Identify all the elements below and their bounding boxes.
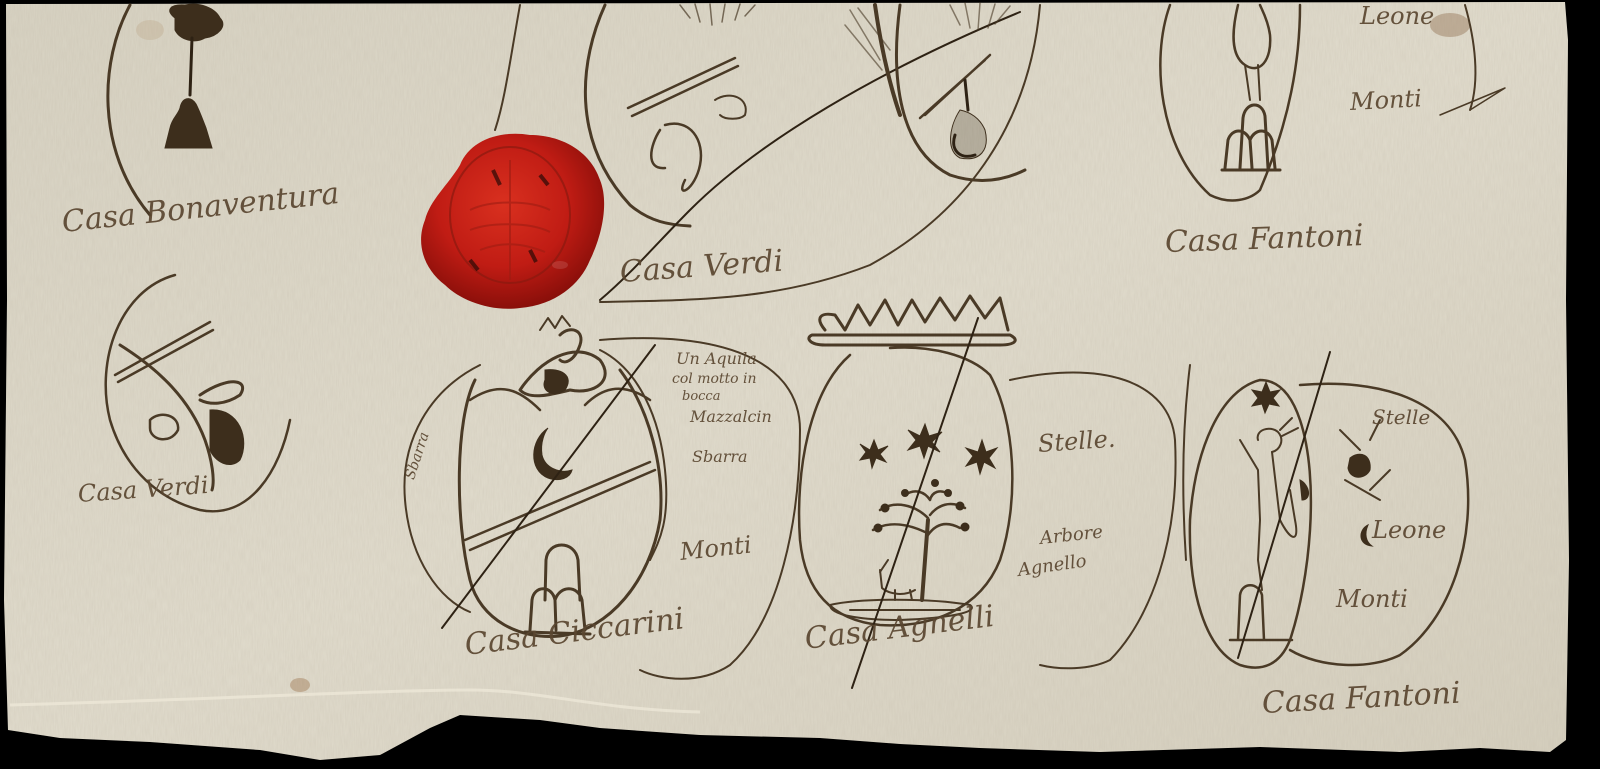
annotation-bocca: bocca (682, 388, 720, 406)
annotation-col-motto: col motto in (672, 370, 757, 388)
annotation-leone-fantoni: Leone (1372, 516, 1446, 544)
annotation-stelle-fantoni: Stelle (1372, 408, 1430, 426)
manuscript-photo: Casa Bonaventura Casa Verdi Casa Fantoni… (0, 0, 1600, 769)
paper-sheet (4, 2, 1569, 760)
annotation-stelle: Stelle. (1037, 425, 1116, 458)
annotation-mazzalcin: Mazzalcin (690, 408, 772, 426)
caption-casa-fantoni-top: Casa Fantoni (1164, 218, 1364, 260)
annotation-monti-top: Monti (1349, 84, 1422, 116)
annotation-leone-top: Leone (1360, 2, 1434, 30)
annotation-monti-fantoni: Monti (1336, 585, 1408, 613)
annotation-sbarra: Sbarra (692, 448, 748, 466)
annotation-un-aquila: Un Aquila (676, 350, 757, 368)
